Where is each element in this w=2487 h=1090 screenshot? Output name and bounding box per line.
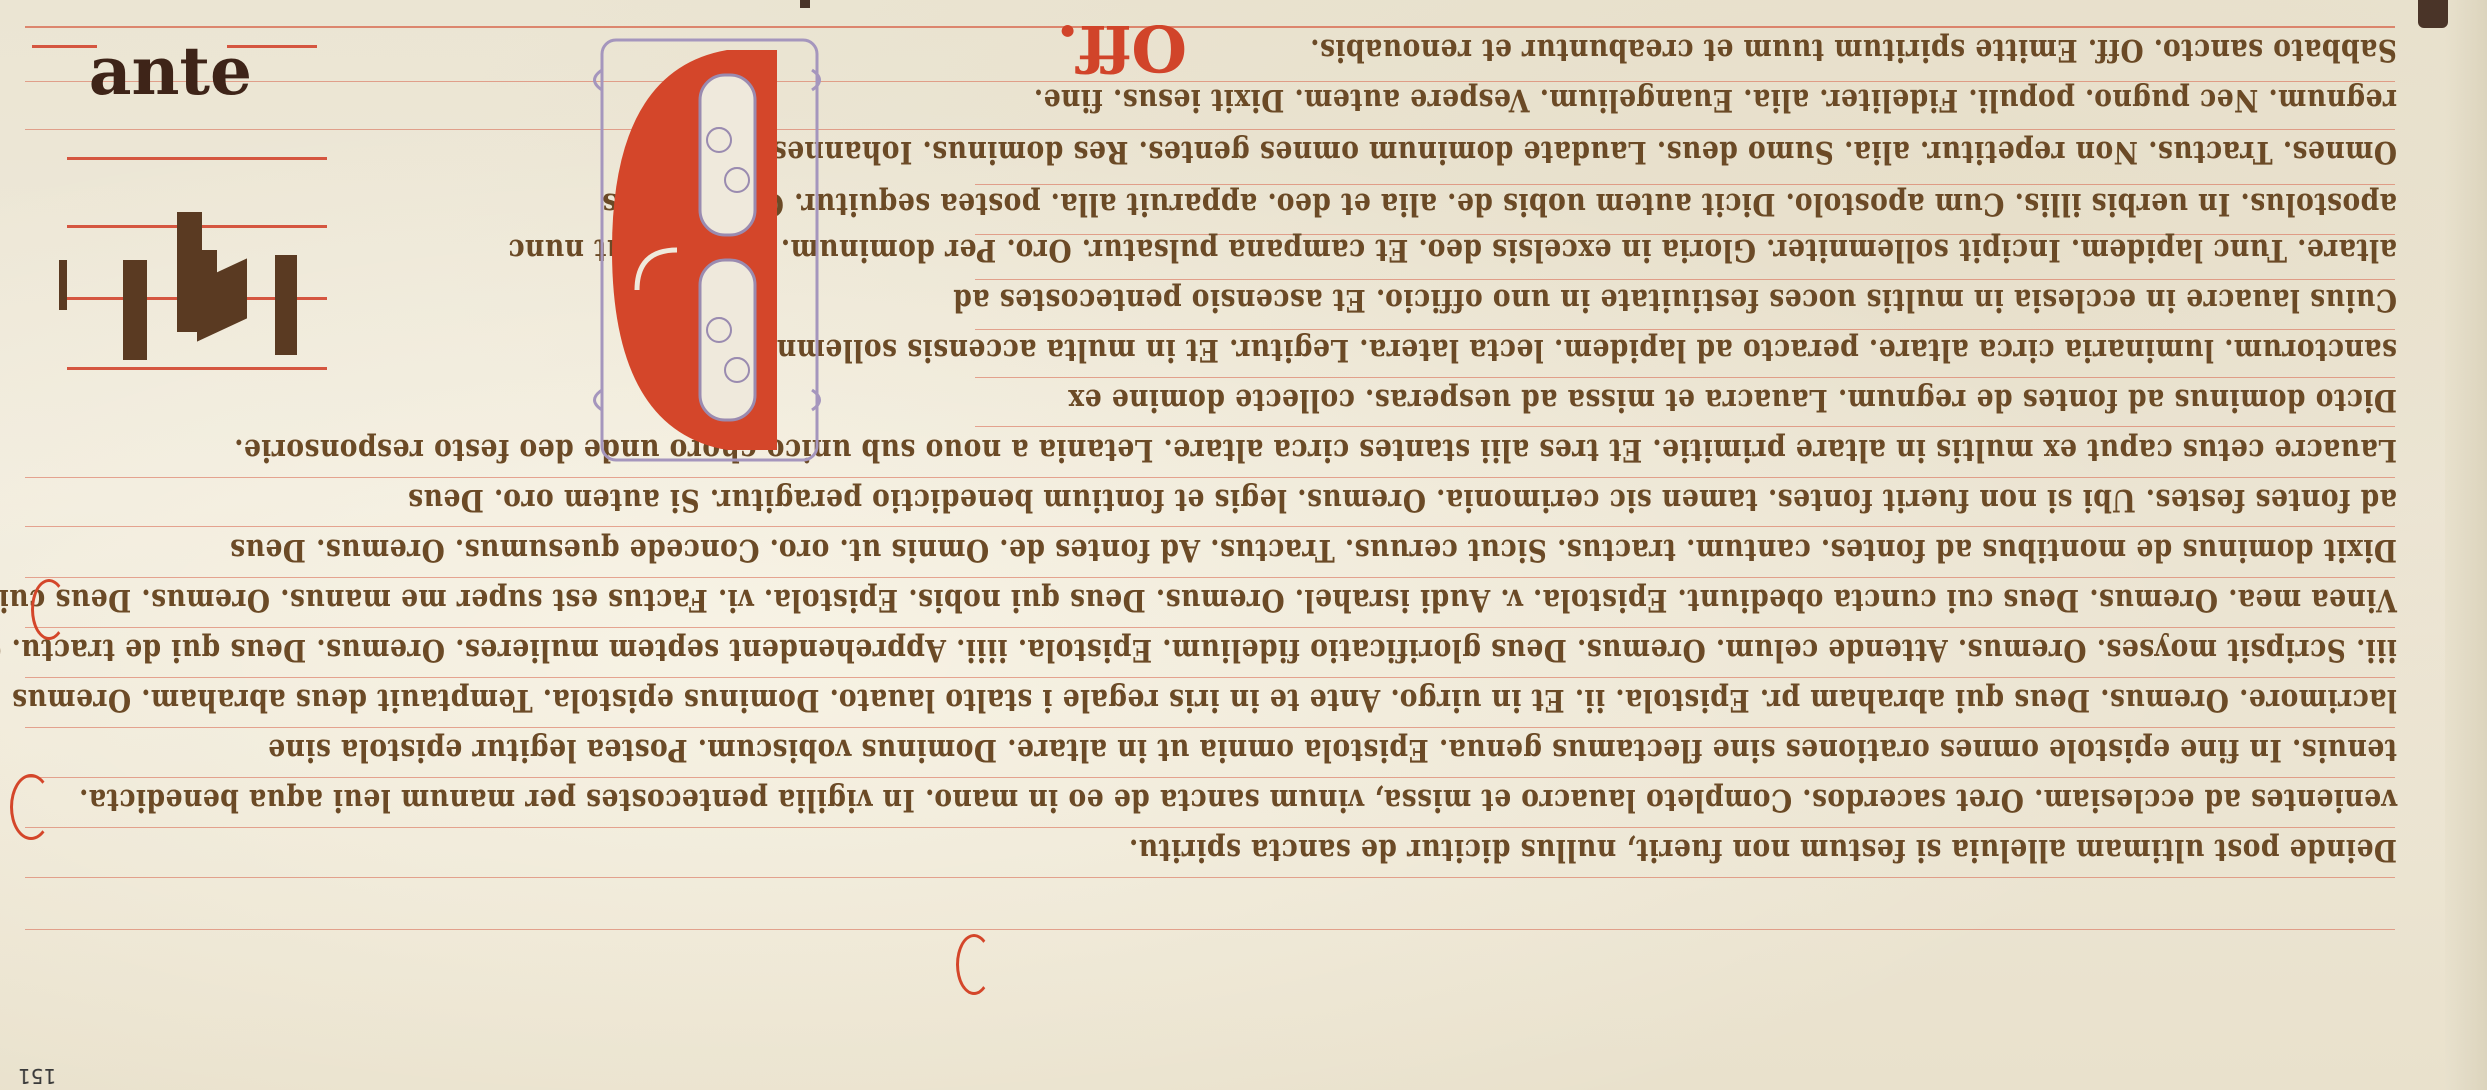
staff-line: [67, 157, 327, 160]
text-line-6: Vinea mea. Oremus. Deus cui cuncta obedi…: [0, 582, 2397, 618]
ruling-line: [25, 777, 2395, 778]
ruling-line: [25, 727, 2395, 728]
text-line-5: iii. Scripsit moyses. Oremus. Attende ce…: [0, 632, 2397, 668]
neume-note: [275, 255, 297, 355]
rubric-dash: [32, 45, 97, 48]
neume-note: [59, 260, 67, 310]
text-line-15: Omnes. Tractus. Non repetitur. alia. Sum…: [694, 134, 2397, 170]
ruling-line: [25, 677, 2395, 678]
staff-line: [67, 367, 327, 370]
text-line-9: Lauacre cetus caput ex multis in altare …: [234, 432, 2397, 468]
text-line-2: venientes ad ecclesiam. Oret sacerdos. C…: [79, 782, 2397, 818]
rubric-offertory: Off.: [1056, 10, 1187, 85]
ruling-line: [25, 627, 2395, 628]
text-line-17: Sabbato sancto. Off. Emitte spiritum tuu…: [1310, 32, 2397, 68]
text-line-3: tenuis. In fine epistole omnes orationes…: [268, 732, 2397, 768]
parchment-leaf: Sabbato sancto. Off. Emitte spiritum tuu…: [0, 0, 2487, 1090]
text-line-12: Cuius lauacre in ecclesia in multis uoce…: [953, 282, 2397, 318]
initial-D-artwork: [587, 30, 837, 470]
ruling-line: [975, 184, 2395, 185]
ruling-line: [25, 877, 2395, 878]
chant-lyric: ante: [89, 32, 252, 110]
rotated-page-content: Sabbato sancto. Off. Emitte spiritum tuu…: [0, 0, 2487, 1090]
text-line-4: lacrimore. Oremus. Deus qui abraham pr. …: [12, 682, 2397, 718]
text-line-1: Deinde post ultimam alleluia si festum n…: [1129, 832, 2397, 868]
text-line-7: Dixit dominus de montibus ad fontes. can…: [230, 532, 2397, 568]
text-line-14: apostolus. In uerbis illis. Cum apostolo…: [602, 186, 2397, 222]
ruling-line: [975, 329, 2395, 330]
ruling-line: [975, 377, 2395, 378]
ruling-line: [25, 577, 2395, 578]
paragraph-mark-red: [956, 934, 992, 995]
text-line-16: regnum. Nec pugno. populi. Fideliter. al…: [1033, 82, 2397, 118]
ruling-line: [25, 929, 2395, 930]
illuminated-initial-D: [587, 30, 837, 470]
folio-number: 151: [18, 1064, 56, 1088]
text-line-11: sanctorum. luminaria circa altare. perac…: [696, 332, 2397, 368]
text-line-8: ad fontes festes. Ubi si non fuerit font…: [408, 482, 2397, 518]
neume-note: [177, 212, 202, 332]
paragraph-flourish-red: [10, 774, 52, 840]
ruling-line: [25, 827, 2395, 828]
neume-note: [123, 260, 147, 360]
paragraph-mark-red: [31, 579, 67, 640]
ruling-line: [25, 129, 2395, 130]
ruling-line: [975, 426, 2395, 427]
ruling-line: [25, 26, 2395, 28]
ruling-line: [25, 477, 2395, 478]
text-line-10: Dicto dominus ad fontes de regnum. Lauac…: [1068, 382, 2397, 418]
ruling-line: [975, 279, 2395, 280]
ruling-line: [25, 526, 2395, 527]
